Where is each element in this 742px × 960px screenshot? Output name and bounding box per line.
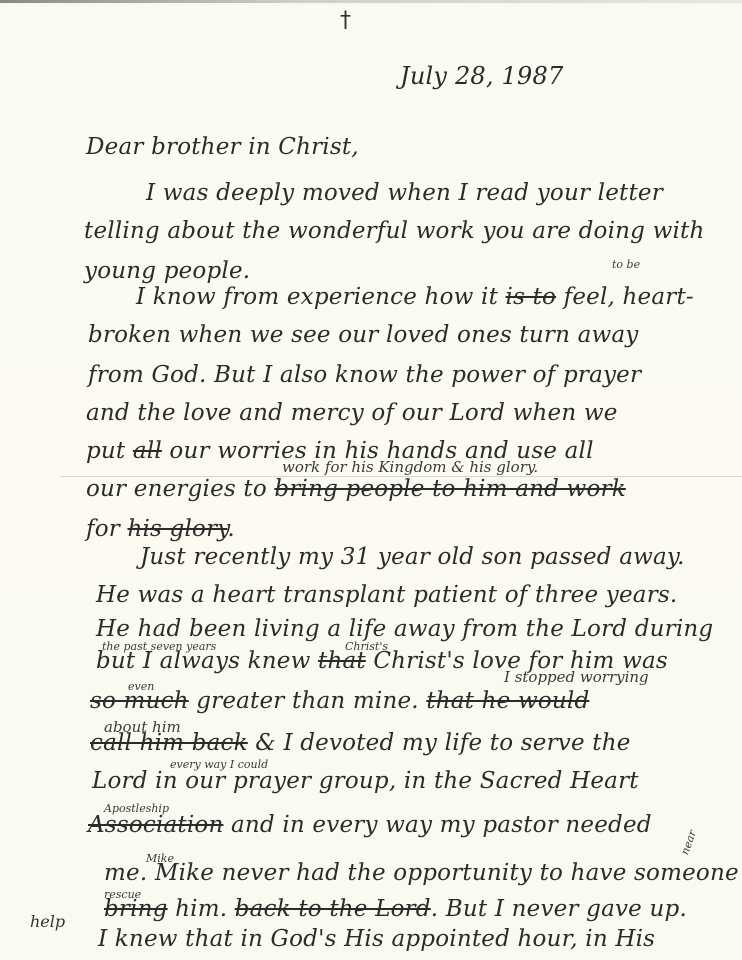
letter-line-5: broken when we see our loved ones turn a… xyxy=(88,322,639,348)
strikethrough: back to the Lord xyxy=(235,896,431,922)
strikethrough: call him back xyxy=(90,730,248,756)
letter-line-4: I know from experience how it is to feel… xyxy=(136,284,694,310)
letter-line-6: from God. But I also know the power of p… xyxy=(88,362,641,388)
strikethrough: is to xyxy=(506,284,557,310)
letter-line-9: our energies to bring people to him and … xyxy=(86,476,626,502)
strikethrough: bring people to him and work xyxy=(274,476,625,502)
strikethrough: Association xyxy=(88,812,223,838)
insertion-to-be: to be xyxy=(612,258,640,271)
letter-date: July 28, 1987 xyxy=(400,62,563,90)
letter-line-3: young people. xyxy=(84,258,250,284)
strikethrough: bring xyxy=(104,896,168,922)
letter-line-19: me. Mike never had the opportunity to ha… xyxy=(104,860,742,886)
letter-line-1: I was deeply moved when I read your lett… xyxy=(146,180,663,206)
cross-symbol: † xyxy=(340,8,351,33)
letter-line-18: Association and in every way my pastor n… xyxy=(88,812,652,838)
letter-line-7: and the love and mercy of our Lord when … xyxy=(86,400,618,426)
strikethrough: his glory xyxy=(127,516,227,542)
strikethrough: that xyxy=(318,648,366,674)
letter-line-2: telling about the wonderful work you are… xyxy=(84,218,705,244)
letter-line-15: so much greater than mine. that he would xyxy=(90,688,589,714)
paper-top-edge xyxy=(0,0,742,3)
letter-line-10: for his glory. xyxy=(86,516,235,542)
letter-line-13: He had been living a life away from the … xyxy=(96,616,713,642)
strikethrough: so much xyxy=(90,688,189,714)
insertion-work-for-kingdom: work for his Kingdom & his glory. xyxy=(282,458,538,476)
insertion-stopped-worrying: I stopped worrying xyxy=(504,668,649,686)
margin-note-help: help xyxy=(30,912,65,931)
letter-line-20: bring him. back to the Lord. But I never… xyxy=(104,896,687,922)
letter-line-12: He was a heart transplant patient of thr… xyxy=(96,582,677,608)
strikethrough: that he would xyxy=(426,688,589,714)
letter-line-21: I knew that in God's His appointed hour,… xyxy=(98,926,655,952)
letter-line-16: call him back & I devoted my life to ser… xyxy=(90,730,631,756)
letter-line-17: Lord in our prayer group, in the Sacred … xyxy=(92,768,639,794)
strikethrough: all xyxy=(133,438,162,464)
letter-line-11: Just recently my 31 year old son passed … xyxy=(140,544,685,570)
salutation: Dear brother in Christ, xyxy=(86,134,359,160)
